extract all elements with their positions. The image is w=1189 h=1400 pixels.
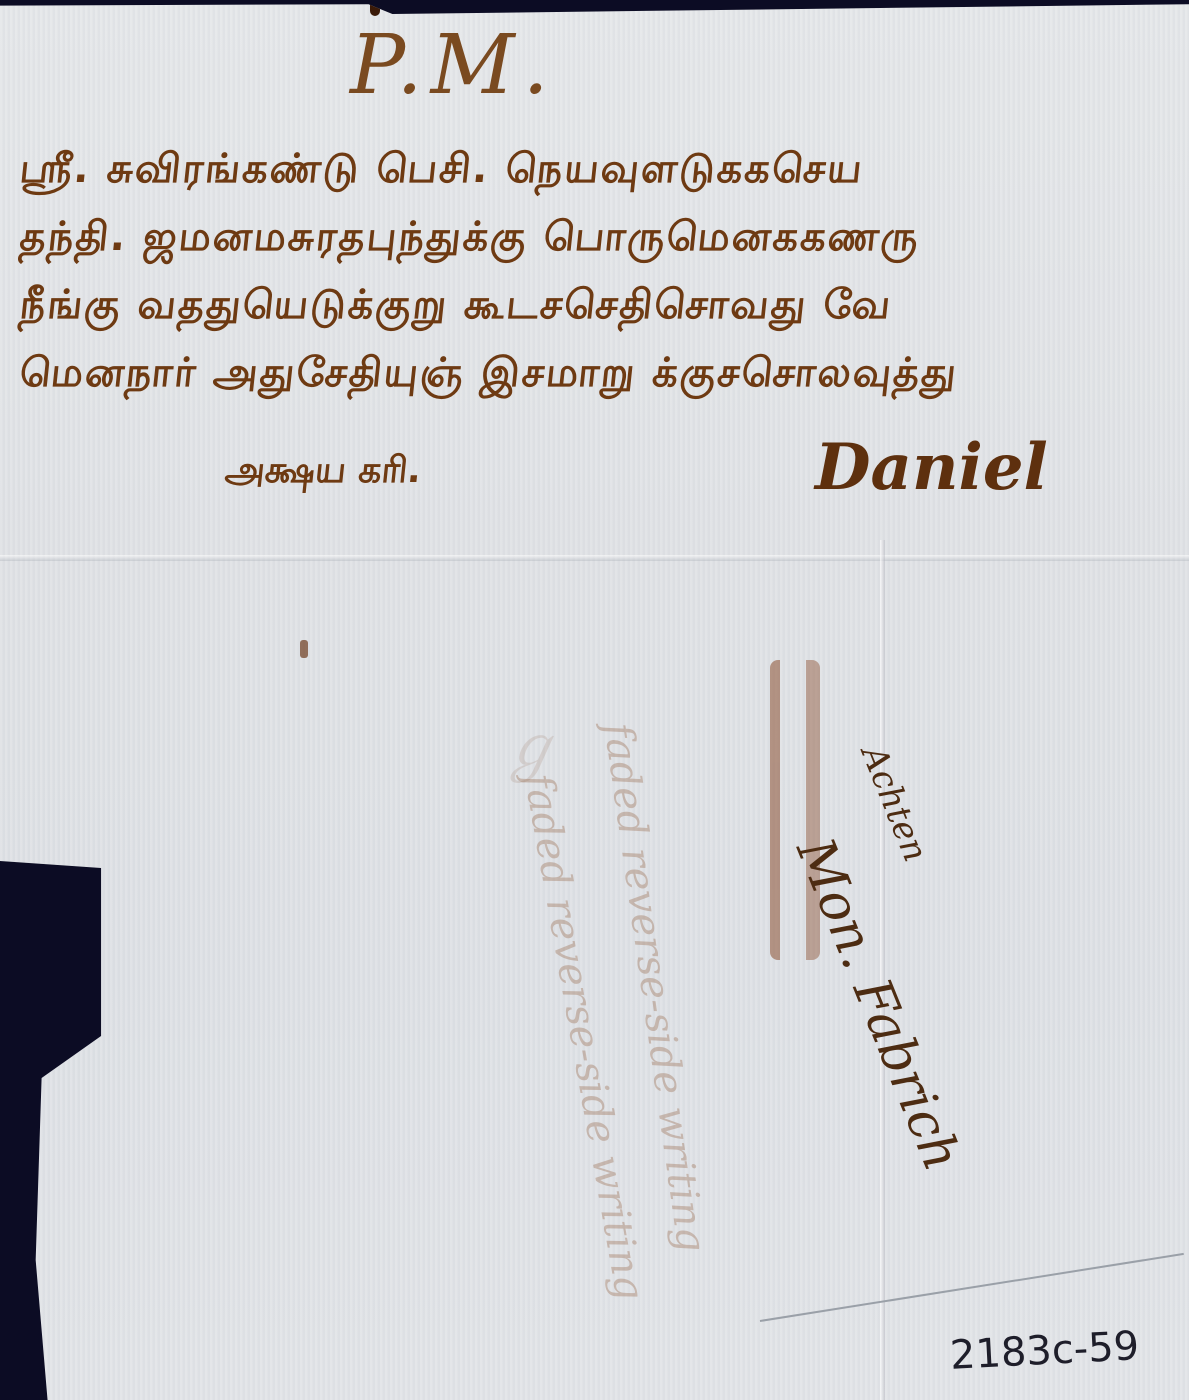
body-line: மெனநார் அதுசேதியுஞ் இசமாறு க்குசசொலவுத்த… bbox=[16, 339, 1189, 407]
letter-body: ஸ்ரீ. சுவிரங்கண்டு பெசி. நெயவுளடுககசெய த… bbox=[20, 135, 1189, 407]
ink-spot bbox=[300, 640, 308, 658]
catalog-number: 2183c-59 bbox=[949, 1323, 1140, 1379]
manuscript-page: P.M. ஸ்ரீ. சுவிரங்கண்டு பெசி. நெயவுளடுகக… bbox=[0, 0, 1189, 1400]
body-line: ஸ்ரீ. சுவிரங்கண்டு பெசி. நெயவுளடுககசெய bbox=[16, 135, 1189, 203]
address-note: Mon. Fabrich bbox=[784, 830, 972, 1179]
ink-blot bbox=[370, 0, 380, 16]
paper-tear-edge bbox=[760, 1253, 1184, 1322]
signature: Daniel bbox=[815, 430, 1048, 505]
letter-heading: P.M. bbox=[350, 18, 557, 113]
horizontal-fold-crease bbox=[0, 555, 1189, 561]
body-line: நீங்கு வததுயெடுக்குறு கூடசசெதிசொவது வே bbox=[16, 271, 1189, 339]
address-note-sub: Achten bbox=[853, 740, 935, 867]
body-line: தந்தி. ஜமனமசுரதபுந்துக்கு பொருமெனககணரு bbox=[16, 203, 1189, 271]
letter-closing: அக்ஷய கரி. bbox=[223, 450, 424, 496]
